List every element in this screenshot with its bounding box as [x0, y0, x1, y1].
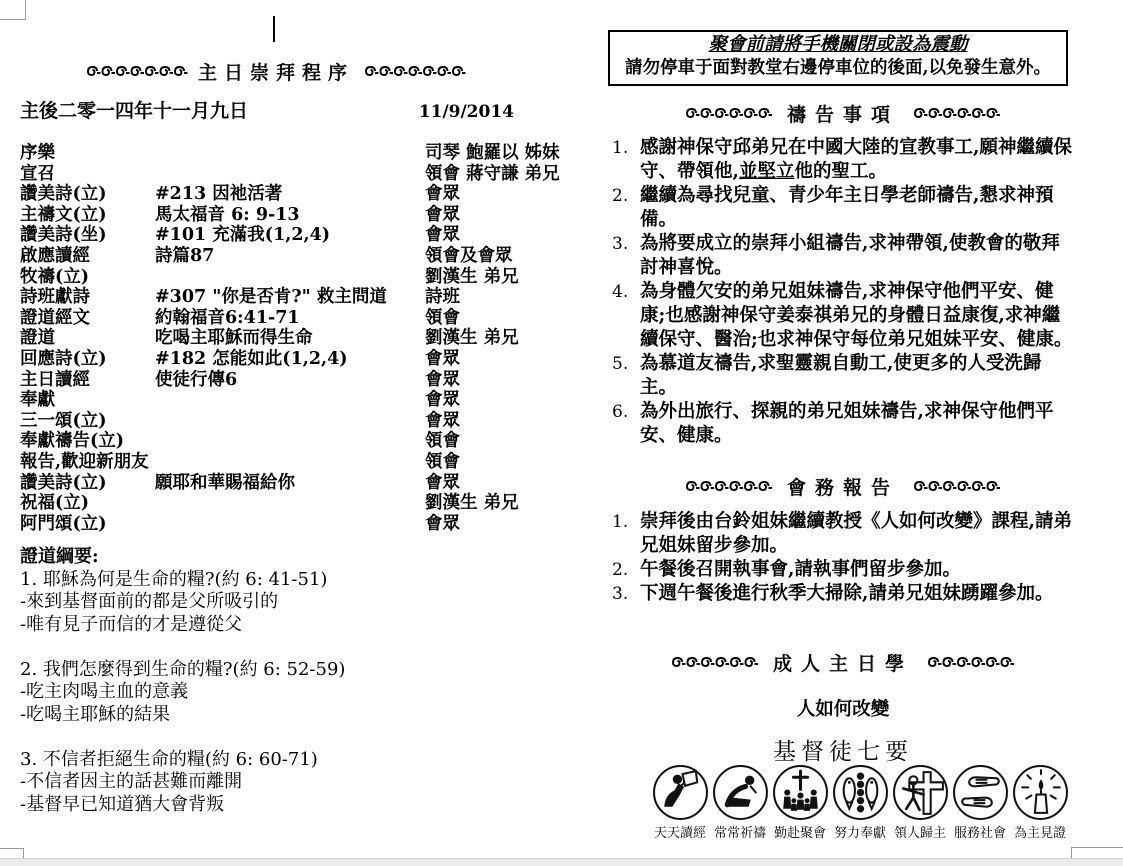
essential-lead-people: 領人歸主 [890, 764, 950, 841]
program-item: 報告,歡迎新朋友 [20, 452, 155, 473]
program-item: 奉獻禱告(立) [20, 431, 155, 452]
program-item: 讚美詩(立) [20, 473, 155, 494]
sermon-outline-lines: 1. 耶穌為何是生命的糧?(約 6: 41-51)-來到基督面前的都是父所吸引的… [20, 569, 510, 817]
essential-pray: 常常祈禱 [710, 764, 770, 841]
program-detail [155, 514, 425, 535]
program-detail: 吃喝主耶穌而得生命 [155, 328, 425, 349]
program-row: 證道經文 約翰福音6:41-71 領會 [20, 308, 550, 329]
program-detail: 使徒行傳6 [155, 370, 425, 391]
prayer-text: 感謝神保守邱弟兄在中國大陸的宣教事工,願神繼續保守、帶領他,並堅立他的聖工。 [640, 136, 1078, 184]
program-detail: 馬太福音 6: 9-13 [155, 205, 425, 226]
program-row: 奉獻 會眾 [20, 390, 550, 411]
prayer-item: 5. 為慕道友禱告,求聖靈親自動工,使更多的人受洗歸主。 [612, 352, 1078, 400]
sermon-outline-line [20, 636, 510, 659]
program-item: 讚美詩(坐) [20, 225, 155, 246]
sermon-outline: 證道綱要: 1. 耶穌為何是生命的糧?(約 6: 41-51)-來到基督面前的都… [20, 546, 510, 816]
prayer-section-heading-row: 禱告事項 [608, 100, 1078, 127]
text-caret [273, 16, 275, 42]
program-role: 劉漢生 弟兄 [425, 493, 550, 514]
notice-line-parking: 請勿停車于面對教堂右邊停車位的後面,以免發生意外。 [610, 57, 1066, 80]
item-number: 1. [612, 136, 640, 184]
program-detail: 約翰福音6:41-71 [155, 308, 425, 329]
program-row: 主禱文(立) 馬太福音 6: 9-13 會眾 [20, 205, 550, 226]
program-role: 會眾 [425, 184, 550, 205]
essential-offering: 努力奉獻 [830, 764, 890, 841]
scroll-swirl-icon [685, 481, 773, 492]
icon-label: 服務社會 [950, 822, 1010, 841]
program-row: 證道 吃喝主耶穌而得生命 劉漢生 弟兄 [20, 328, 550, 349]
program-row: 啟應讀經 詩篇87 領會及會眾 [20, 246, 550, 267]
date-numeric: 11/9/2014 [419, 102, 514, 122]
report-section-heading-row: 會務報告 [608, 473, 1078, 500]
program-role: 會眾 [425, 473, 550, 494]
report-text: 崇拜後由台鈴姐妹繼續教授《人如何改變》課程,請弟兄姐妹留步參加。 [640, 510, 1078, 558]
sermon-outline-line: -不信者因主的話甚難而離開 [20, 771, 510, 794]
program-row: 祝福(立) 劉漢生 弟兄 [20, 493, 550, 514]
program-item: 牧禱(立) [20, 267, 155, 288]
item-number: 3. [612, 582, 640, 606]
program-item: 詩班獻詩 [20, 287, 155, 308]
adult-sunday-school-heading: 成人主日學 [773, 649, 913, 676]
phone-notice-box: 聚會前請將手機關閉或設為震動 請勿停車于面對教堂右邊停車位的後面,以免發生意外。 [608, 30, 1068, 86]
prayer-text: 為將要成立的崇拜小組禱告,求神帶領,使教會的敬拜討神喜悅。 [640, 232, 1078, 280]
program-role: 領會 [425, 431, 550, 452]
program-detail [155, 431, 425, 452]
program-detail [155, 267, 425, 288]
program-detail [155, 411, 425, 432]
program-item: 回應詩(立) [20, 349, 155, 370]
icon-label: 為主見證 [1010, 822, 1070, 841]
report-item: 2. 午餐後召開執事會,請執事們留步參加。 [612, 558, 1078, 582]
program-item: 奉獻 [20, 390, 155, 411]
program-role: 會眾 [425, 411, 550, 432]
sermon-outline-line: -唯有見子而信的才是遵從父 [20, 614, 510, 637]
icon-label: 常常祈禱 [710, 822, 770, 841]
program-item: 證道 [20, 328, 155, 349]
program-detail: #101 充滿我(1,2,4) [155, 225, 425, 246]
program-role: 會眾 [425, 370, 550, 391]
seven-essentials-title: 基督徒七要 [608, 733, 1078, 766]
program-detail [155, 164, 425, 185]
program-role: 領會 蔣守謙 弟兄 [425, 164, 560, 185]
icon-label: 勤赴聚會 [770, 822, 830, 841]
prayer-text: 為外出旅行、探親的弟兄姐妹禱告,求神保守他們平安、健康。 [640, 400, 1078, 448]
prayer-text: 為身體欠安的弟兄姐妹禱告,求神保守他們平安、健康;也感謝神保守姜泰祺弟兄的身體日… [640, 280, 1078, 352]
icon-label: 領人歸主 [890, 822, 950, 841]
pray-icon [712, 764, 769, 821]
prayer-item: 6. 為外出旅行、探親的弟兄姐妹禱告,求神保守他們平安、健康。 [612, 400, 1078, 448]
program-row: 主日讀經 使徒行傳6 會眾 [20, 370, 550, 391]
scroll-swirl-icon [86, 66, 188, 77]
worship-order-title: 主日崇拜程序 [198, 58, 354, 85]
date-row: 主後二零一四年十一月九日 11/9/2014 [20, 96, 514, 123]
prayer-text: 為慕道友禱告,求聖靈親自動工,使更多的人受洗歸主。 [640, 352, 1078, 400]
item-number: 2. [612, 184, 640, 232]
program-item: 讚美詩(立) [20, 184, 155, 205]
program-detail: 詩篇87 [155, 246, 425, 267]
item-number: 4. [612, 280, 640, 352]
sermon-outline-line: -來到基督面前的都是父所吸引的 [20, 591, 510, 614]
program-detail: 願耶和華賜福給你 [155, 473, 425, 494]
scroll-swirl-icon [913, 481, 1001, 492]
item-number: 3. [612, 232, 640, 280]
program-item: 阿門頌(立) [20, 514, 155, 535]
scroll-swirl-icon [671, 657, 759, 668]
program-role: 司琴 鮑羅以 姊妹 [425, 143, 560, 164]
program-row: 讚美詩(立) #213 因祂活著 會眾 [20, 184, 550, 205]
program-detail [155, 390, 425, 411]
program-detail [155, 452, 425, 473]
worship-order-title-row: 主日崇拜程序 [20, 58, 532, 85]
prayer-item: 2. 繼續為尋找兒童、青少年主日學老師禱告,懇求神預備。 [612, 184, 1078, 232]
item-number: 2. [612, 558, 640, 582]
report-list: 1. 崇拜後由台鈴姐妹繼續教授《人如何改變》課程,請弟兄姐妹留步參加。 2. 午… [612, 510, 1078, 606]
program-row: 讚美詩(立) 願耶和華賜福給你 會眾 [20, 473, 550, 494]
scroll-swirl-icon [685, 108, 773, 119]
program-role: 領會 [425, 308, 550, 329]
program-item: 啟應讀經 [20, 246, 155, 267]
program-role: 領會 [425, 452, 550, 473]
program-role: 會眾 [425, 390, 550, 411]
program-table: 序樂 司琴 鮑羅以 姊妹 宣召 領會 蔣守謙 弟兄 讚美詩(立) #213 因祂… [20, 143, 550, 534]
program-row: 奉獻禱告(立) 領會 [20, 431, 550, 452]
sermon-outline-heading: 證道綱要: [20, 546, 510, 569]
sermon-outline-line: -吃主肉喝主血的意義 [20, 681, 510, 704]
scroll-swirl-icon [913, 108, 1001, 119]
program-item: 序樂 [20, 143, 155, 164]
notice-line-phones: 聚會前請將手機關閉或設為震動 [610, 33, 1066, 57]
report-text: 下週午餐後進行秋季大掃除,請弟兄姐妹踴躍參加。 [640, 582, 1078, 606]
scroll-swirl-icon [927, 657, 1015, 668]
prayer-item: 1. 感謝神保守邱弟兄在中國大陸的宣教事工,願神繼續保守、帶領他,並堅立他的聖工… [612, 136, 1078, 184]
icon-label: 努力奉獻 [830, 822, 890, 841]
program-item: 主禱文(立) [20, 205, 155, 226]
course-title: 人如何改變 [608, 695, 1078, 721]
program-role: 領會及會眾 [425, 246, 550, 267]
program-detail: #307 "你是否肯?" 救主問道 [155, 287, 425, 308]
sermon-outline-line [20, 726, 510, 749]
prayer-list: 1. 感謝神保守邱弟兄在中國大陸的宣教事工,願神繼續保守、帶領他,並堅立他的聖工… [612, 136, 1078, 448]
witness-icon [1012, 764, 1069, 821]
adult-sunday-school-heading-row: 成人主日學 [608, 649, 1078, 676]
window-bottom-bar [0, 858, 1123, 866]
offering-icon [832, 764, 889, 821]
report-section-heading: 會務報告 [787, 473, 899, 500]
program-role: 劉漢生 弟兄 [425, 267, 550, 288]
essential-witness: 為主見證 [1010, 764, 1070, 841]
icon-label: 天天讀經 [650, 822, 710, 841]
program-role: 會眾 [425, 205, 550, 226]
program-item: 三一頌(立) [20, 411, 155, 432]
page-corner-marker [0, 0, 26, 20]
program-row: 三一頌(立) 會眾 [20, 411, 550, 432]
program-row: 讚美詩(坐) #101 充滿我(1,2,4) 會眾 [20, 225, 550, 246]
program-role: 會眾 [425, 514, 550, 535]
sermon-outline-line: 3. 不信者拒絕生命的糧(約 6: 60-71) [20, 749, 510, 772]
prayer-item: 4. 為身體欠安的弟兄姐妹禱告,求神保守他們平安、健康;也感謝神保守姜泰祺弟兄的… [612, 280, 1078, 352]
program-item: 祝福(立) [20, 493, 155, 514]
item-number: 6. [612, 400, 640, 448]
lead-people-icon [892, 764, 949, 821]
date-chinese: 主後二零一四年十一月九日 [20, 96, 248, 123]
program-row: 序樂 司琴 鮑羅以 姊妹 [20, 143, 550, 164]
program-detail: #213 因祂活著 [155, 184, 425, 205]
report-item: 3. 下週午餐後進行秋季大掃除,請弟兄姐妹踴躍參加。 [612, 582, 1078, 606]
report-text: 午餐後召開執事會,請執事們留步參加。 [640, 558, 1078, 582]
serve-society-icon [952, 764, 1009, 821]
program-row: 阿門頌(立) 會眾 [20, 514, 550, 535]
program-detail [155, 143, 425, 164]
essential-attend-meetings: 勤赴聚會 [770, 764, 830, 841]
program-detail: #182 怎能如此(1,2,4) [155, 349, 425, 370]
program-detail [155, 493, 425, 514]
program-row: 宣召 領會 蔣守謙 弟兄 [20, 164, 550, 185]
prayer-text: 繼續為尋找兒童、青少年主日學老師禱告,懇求神預備。 [640, 184, 1078, 232]
attend-meetings-icon [772, 764, 829, 821]
program-role: 會眾 [425, 225, 550, 246]
sermon-outline-line: -吃喝主耶穌的結果 [20, 704, 510, 727]
program-row: 牧禱(立) 劉漢生 弟兄 [20, 267, 550, 288]
program-item: 主日讀經 [20, 370, 155, 391]
report-item: 1. 崇拜後由台鈴姐妹繼續教授《人如何改變》課程,請弟兄姐妹留步參加。 [612, 510, 1078, 558]
prayer-section-heading: 禱告事項 [787, 100, 899, 127]
program-item: 宣召 [20, 164, 155, 185]
sermon-outline-line: 2. 我們怎麼得到生命的糧?(約 6: 52-59) [20, 659, 510, 682]
program-role: 會眾 [425, 349, 550, 370]
item-number: 1. [612, 510, 640, 558]
item-number: 5. [612, 352, 640, 400]
sermon-outline-line: -基督早已知道猶大會背叛 [20, 794, 510, 817]
essential-read-bible: 天天讀經 [650, 764, 710, 841]
program-row: 報告,歡迎新朋友 領會 [20, 452, 550, 473]
program-row: 回應詩(立) #182 怎能如此(1,2,4) 會眾 [20, 349, 550, 370]
seven-essentials-icons-row: 天天讀經 常常祈禱 勤赴聚會 [608, 764, 1078, 841]
program-role: 詩班 [425, 287, 550, 308]
scroll-swirl-icon [364, 66, 466, 77]
sermon-outline-line: 1. 耶穌為何是生命的糧?(約 6: 41-51) [20, 569, 510, 592]
read-bible-icon [652, 764, 709, 821]
program-row: 詩班獻詩 #307 "你是否肯?" 救主問道 詩班 [20, 287, 550, 308]
program-item: 證道經文 [20, 308, 155, 329]
prayer-item: 3. 為將要成立的崇拜小組禱告,求神帶領,使教會的敬拜討神喜悅。 [612, 232, 1078, 280]
essential-serve-society: 服務社會 [950, 764, 1010, 841]
program-role: 劉漢生 弟兄 [425, 328, 550, 349]
